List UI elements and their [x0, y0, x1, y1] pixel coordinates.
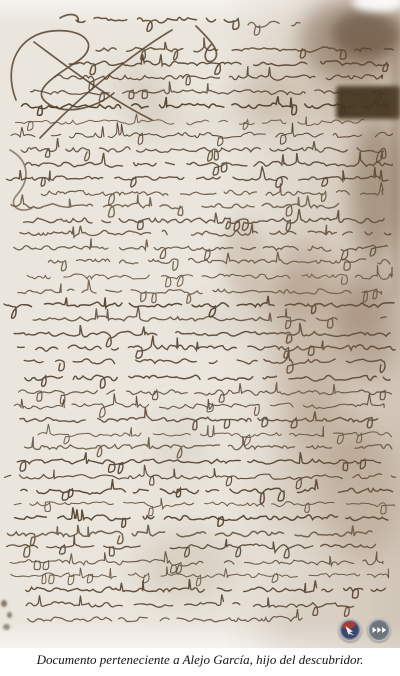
caption: Documento perteneciente a Alejo García, … — [0, 647, 400, 676]
handwriting-ink — [0, 0, 400, 648]
triple-chevron-icon — [367, 618, 391, 642]
handwriting-line — [26, 579, 397, 598]
handwriting-line — [24, 352, 385, 373]
nav-forward-button[interactable] — [367, 618, 391, 642]
handwriting-line — [19, 382, 392, 403]
handwriting-line — [21, 96, 387, 115]
nav-button-group — [338, 618, 391, 642]
handwriting-line — [41, 182, 383, 205]
handwriting-line — [38, 424, 391, 446]
handwriting-line — [20, 224, 391, 238]
handwriting-line — [96, 38, 393, 61]
handwriting-line — [11, 195, 339, 217]
handwriting-line — [248, 21, 300, 35]
handwriting-line — [14, 498, 394, 516]
handwriting-line — [55, 66, 382, 90]
handwriting-line — [33, 307, 386, 329]
handwriting-line — [27, 265, 392, 287]
diagonal-arrow-icon — [338, 618, 362, 642]
handwriting-line — [31, 81, 384, 102]
nav-back-button[interactable] — [338, 618, 362, 642]
handwriting-line — [18, 280, 382, 304]
handwriting-line — [4, 296, 398, 318]
manuscript-scan — [0, 0, 400, 648]
handwriting-line — [17, 452, 384, 473]
rubric-flourish — [10, 15, 217, 211]
handwriting-line — [24, 209, 384, 231]
handwriting-line — [15, 507, 388, 527]
handwriting-line — [16, 114, 364, 131]
handwriting-line — [11, 566, 389, 586]
handwriting-line — [21, 138, 385, 162]
handwriting-line — [26, 594, 358, 616]
handwriting-line — [25, 436, 392, 458]
handwriting-line — [14, 238, 388, 260]
handwriting-line — [21, 479, 393, 503]
handwriting-line — [10, 551, 383, 573]
handwriting-line — [14, 323, 390, 347]
handwriting-line — [20, 408, 386, 430]
handwriting-line — [28, 609, 302, 622]
handwriting-line — [7, 535, 396, 558]
handwriting-line — [11, 122, 393, 145]
handwriting-line — [4, 465, 395, 489]
handwriting-line — [25, 375, 390, 388]
handwriting-line — [18, 336, 396, 359]
handwriting-line — [7, 167, 388, 188]
handwriting-line — [76, 17, 239, 31]
handwriting-line — [8, 525, 387, 546]
handwriting-line — [14, 393, 384, 417]
